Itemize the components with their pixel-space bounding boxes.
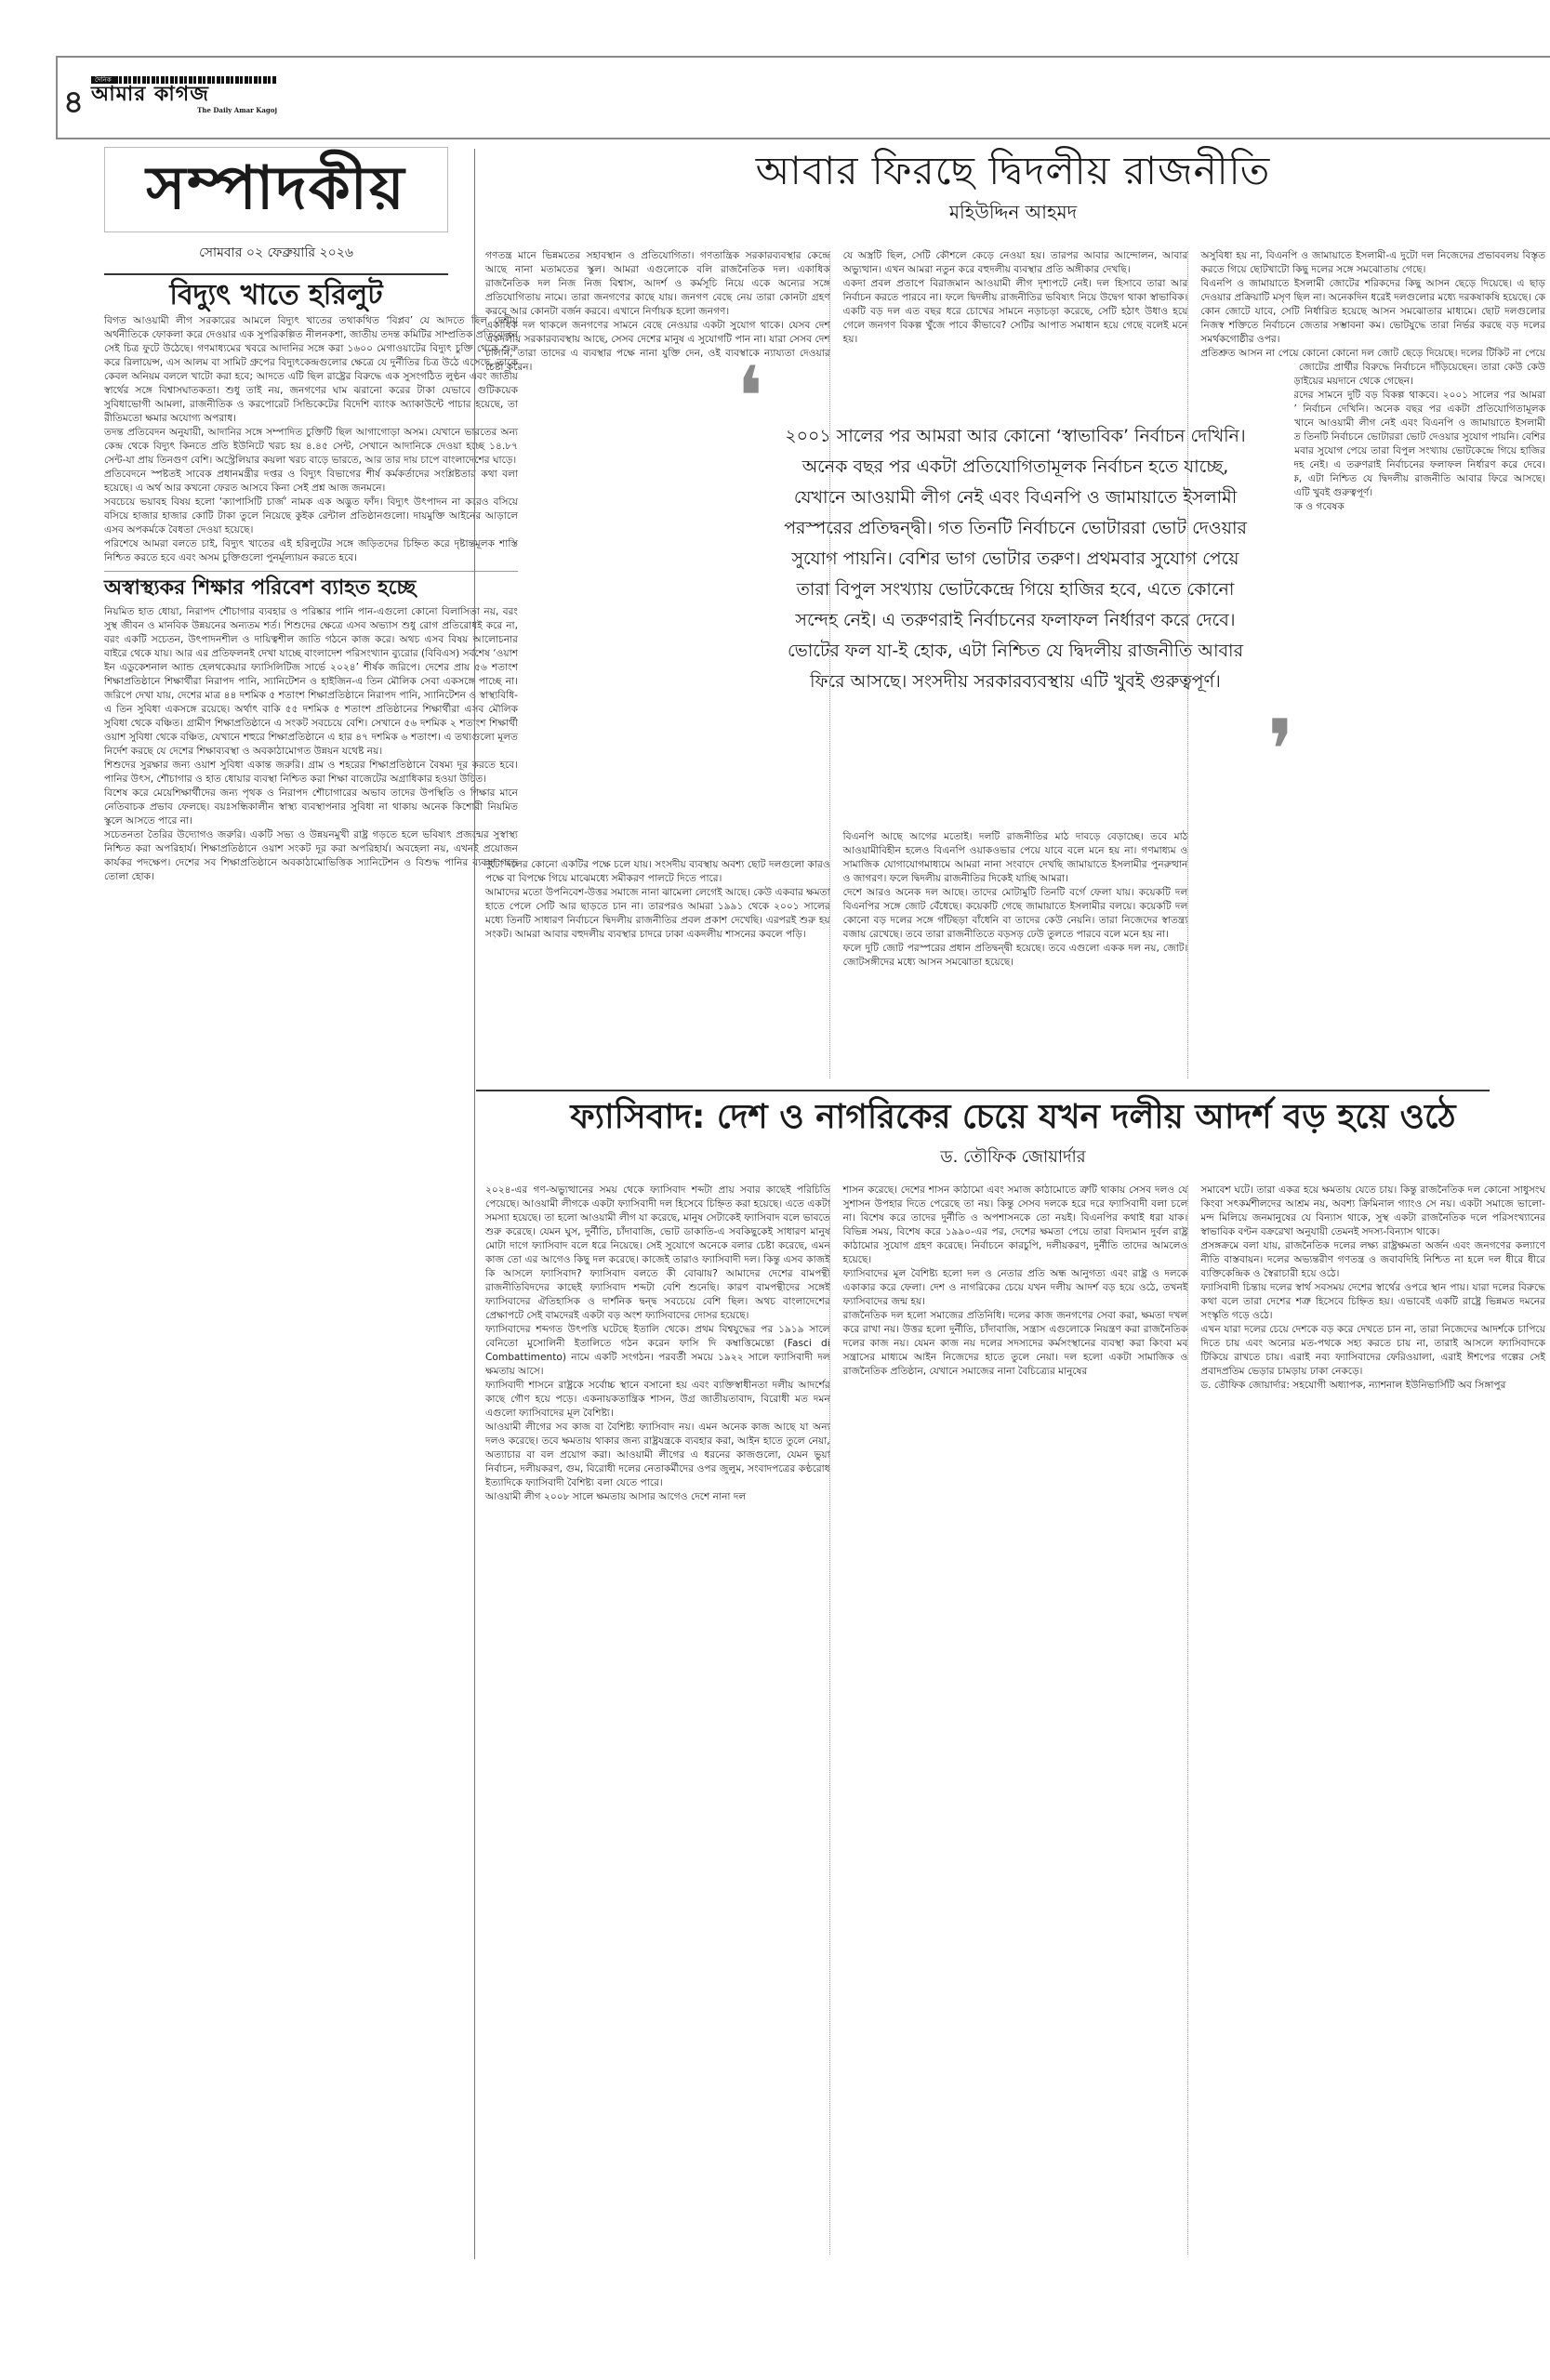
column-divider xyxy=(474,149,475,2259)
paragraph: বিশেষ করে মেয়েশিক্ষার্থীদের জন্য পৃথক ও… xyxy=(104,787,518,828)
article-author: মহিউদ্দিন আহমদ xyxy=(476,199,1550,230)
paragraph: তদন্ত প্রতিবেদন অনুযায়ী, আদানির সঙ্গে স… xyxy=(104,426,518,468)
paragraph: সবচেয়ে ভয়াবহ বিষয় হলো ‘ক্যাপাসিটি চার… xyxy=(104,496,518,537)
paragraph: গণতন্ত্র মানে ভিন্নমতের সহাবস্থান ও প্রত… xyxy=(485,249,830,319)
open-quote-icon: ❛ xyxy=(736,356,763,440)
article-title: আবার ফিরছে দ্বিদলীয় রাজনীতি xyxy=(476,147,1550,195)
editorial-column: সম্পাদকীয় সোমবার ০২ ফেব্রুয়ারি ২০২৬ বি… xyxy=(56,147,472,884)
lead-editorial-title: বিদ্যুৎ খাতে হরিলুট xyxy=(104,279,448,312)
second-editorial-body: নিয়মিত হাত ধোয়া, নিরাপদ শৌচাগার ব্যবহা… xyxy=(104,605,518,884)
paragraph: ফ্যাসিবাদের মূল বৈশিষ্ট্য হলো দল ও নেতার… xyxy=(843,1267,1188,1309)
paragraph: সমাবেশ ঘটে। তারা একত্র হয়ে ক্ষমতায় যেত… xyxy=(1200,1183,1545,1239)
paragraph: বিএনপি আছে আগের মতোই। দলটি রাজনীতির মাঠ … xyxy=(843,830,1188,886)
article-column-1: ২০২৪-এর গণ-অভ্যুত্থানের সময় থেকে ফ্যাসি… xyxy=(485,1183,830,1504)
article-columns: ২০২৪-এর গণ-অভ্যুত্থানের সময় থেকে ফ্যাসি… xyxy=(485,1183,1545,1504)
paragraph: ২০২৪-এর গণ-অভ্যুত্থানের সময় থেকে ফ্যাসি… xyxy=(485,1183,830,1323)
paragraph: ফ্যাসিবাদী শাসনে রাষ্ট্রকে সর্বোচ্চ স্থা… xyxy=(485,1379,830,1421)
paragraph: পরিশেষে আমরা বলতে চাই, বিদ্যুৎ খাতের এই … xyxy=(104,537,518,565)
paragraph: ফলে দুটি জোট পরস্পরের প্রধান প্রতিদ্বন্দ… xyxy=(843,942,1188,970)
paragraph: সচেতনতা তৈরির উদ্যোগও জরুরি। একটি সভ্য ও… xyxy=(104,828,518,884)
paragraph: নিয়মিত হাত ধোয়া, নিরাপদ শৌচাগার ব্যবহা… xyxy=(104,605,518,759)
paragraph: আওয়ামী লীগ ২০০৮ সালে ক্ষমতায় আসার আগেও… xyxy=(485,1490,830,1504)
article-byline: ড. তৌফিক জোয়ার্দার: সহযোগী অধ্যাপক, ন্য… xyxy=(1200,1379,1545,1393)
article-title: ফ্যাসিবাদ: দেশ ও নাগরিকের চেয়ে যখন দলীয… xyxy=(476,1095,1550,1140)
paragraph: প্রতিবেদনে স্পষ্টতই সাবেক প্রধানমন্ত্রীর… xyxy=(104,468,518,496)
close-quote-icon: ❜ xyxy=(1267,709,1294,793)
article-column-3: সমাবেশ ঘটে। তারা একত্র হয়ে ক্ষমতায় যেত… xyxy=(1200,1183,1545,1504)
paragraph: একদা প্রবল প্রতাপে বিরাজমান আওয়ামী লীগ … xyxy=(843,277,1188,347)
article-bipartisan-politics: আবার ফিরছে দ্বিদলীয় রাজনীতি মহিউদ্দিন আ… xyxy=(476,147,1550,1181)
pull-quote-text: ২০০১ সালের পর আমরা আর কোনো ‘স্বাভাবিক’ ন… xyxy=(783,421,1248,697)
newspaper-logo: দৈনিক আমার কাগজ The Daily Amar Kagoj xyxy=(91,76,277,115)
logo-name: আমার কাগজ xyxy=(91,84,277,106)
second-editorial-title: অস্বাস্থ্যকর শিক্ষার পরিবেশ ব্যাহত হচ্ছে xyxy=(104,571,518,602)
divider xyxy=(104,273,448,275)
paragraph: রাজনৈতিক দল হলো সমাজের প্রতিনিধি। দলের ক… xyxy=(843,1309,1188,1379)
column-divider xyxy=(1187,251,1188,1078)
paragraph: ফ্যাসিবাদী চিন্তায় দলের স্বার্থ সবসময় … xyxy=(1200,1281,1545,1323)
paragraph: শিশুদের সুরক্ষার জন্য ওয়াশ সুবিধা একান্… xyxy=(104,759,518,787)
lead-editorial-body: বিগত আওয়ামী লীগ সরকারের আমলে বিদ্যুৎ খা… xyxy=(104,314,518,565)
article-author: ড. তৌফিক জোয়ার্দার xyxy=(476,1144,1550,1172)
logo-english: The Daily Amar Kagoj xyxy=(197,106,277,114)
paragraph: আওয়ামী লীগের সব কাজ বা বৈশিষ্ট্য ফ্যাসি… xyxy=(485,1421,830,1490)
paragraph: আমাদের মতো উপনিবেশ-উত্তর সমাজে নানা ঝামে… xyxy=(485,886,830,942)
paragraph: বিএনপি ও জামায়াতে ইসলামী জোটের শরিকদের … xyxy=(1200,277,1545,347)
paragraph: যে অস্ত্রটি ছিল, সেটি কৌশলে কেড়ে নেওয়া… xyxy=(843,249,1188,277)
paragraph: প্রসঙ্গক্রমে বলা যায়, রাজনৈতিক দলের লক্… xyxy=(1200,1239,1545,1281)
logo-prefix: দৈনিক xyxy=(91,76,115,84)
paragraph: দেশে আরও অনেক দল আছে। তাদের মোটামুটি তিন… xyxy=(843,886,1188,942)
section-divider xyxy=(476,1090,1490,1091)
column-divider xyxy=(829,251,830,1078)
article-fascism: ফ্যাসিবাদ: দেশ ও নাগরিকের চেয়ে যখন দলীয… xyxy=(476,1095,1550,2380)
masthead: ৪ দৈনিক আমার কাগজ The Daily Amar Kagoj xyxy=(56,56,1550,139)
paragraph: ফ্যাসিবাদের শব্দগত উৎপত্তি ঘটেছে ইতালি থ… xyxy=(485,1323,830,1379)
page-number: ৪ xyxy=(63,78,84,131)
paragraph: বিগত আওয়ামী লীগ সরকারের আমলে বিদ্যুৎ খা… xyxy=(104,314,518,426)
paragraph: দুটো দলের কোনো একটির পক্ষে চলে যায়। সংস… xyxy=(485,858,830,886)
paragraph: এখন যারা দলের চেয়ে দেশকে বড় করে দেখতে … xyxy=(1200,1323,1545,1379)
paragraph: শাসন করেছে। দেশের শাসন কাঠামো এবং সমাজ ক… xyxy=(843,1183,1188,1267)
section-title: সম্পাদকীয় xyxy=(104,147,448,232)
column-divider xyxy=(1187,1185,1188,2254)
pull-quote: ❛ ২০০১ সালের পর আমরা আর কোনো ‘স্বাভাবিক’… xyxy=(736,356,1294,793)
column-divider xyxy=(829,1185,830,2254)
editorial-date: সোমবার ০২ ফেব্রুয়ারি ২০২৬ xyxy=(104,242,448,264)
article-column-2: শাসন করেছে। দেশের শাসন কাঠামো এবং সমাজ ক… xyxy=(843,1183,1188,1504)
paragraph: অসুবিধা হয় না, বিএনপি ও জামায়াতে ইসলাম… xyxy=(1200,249,1545,277)
